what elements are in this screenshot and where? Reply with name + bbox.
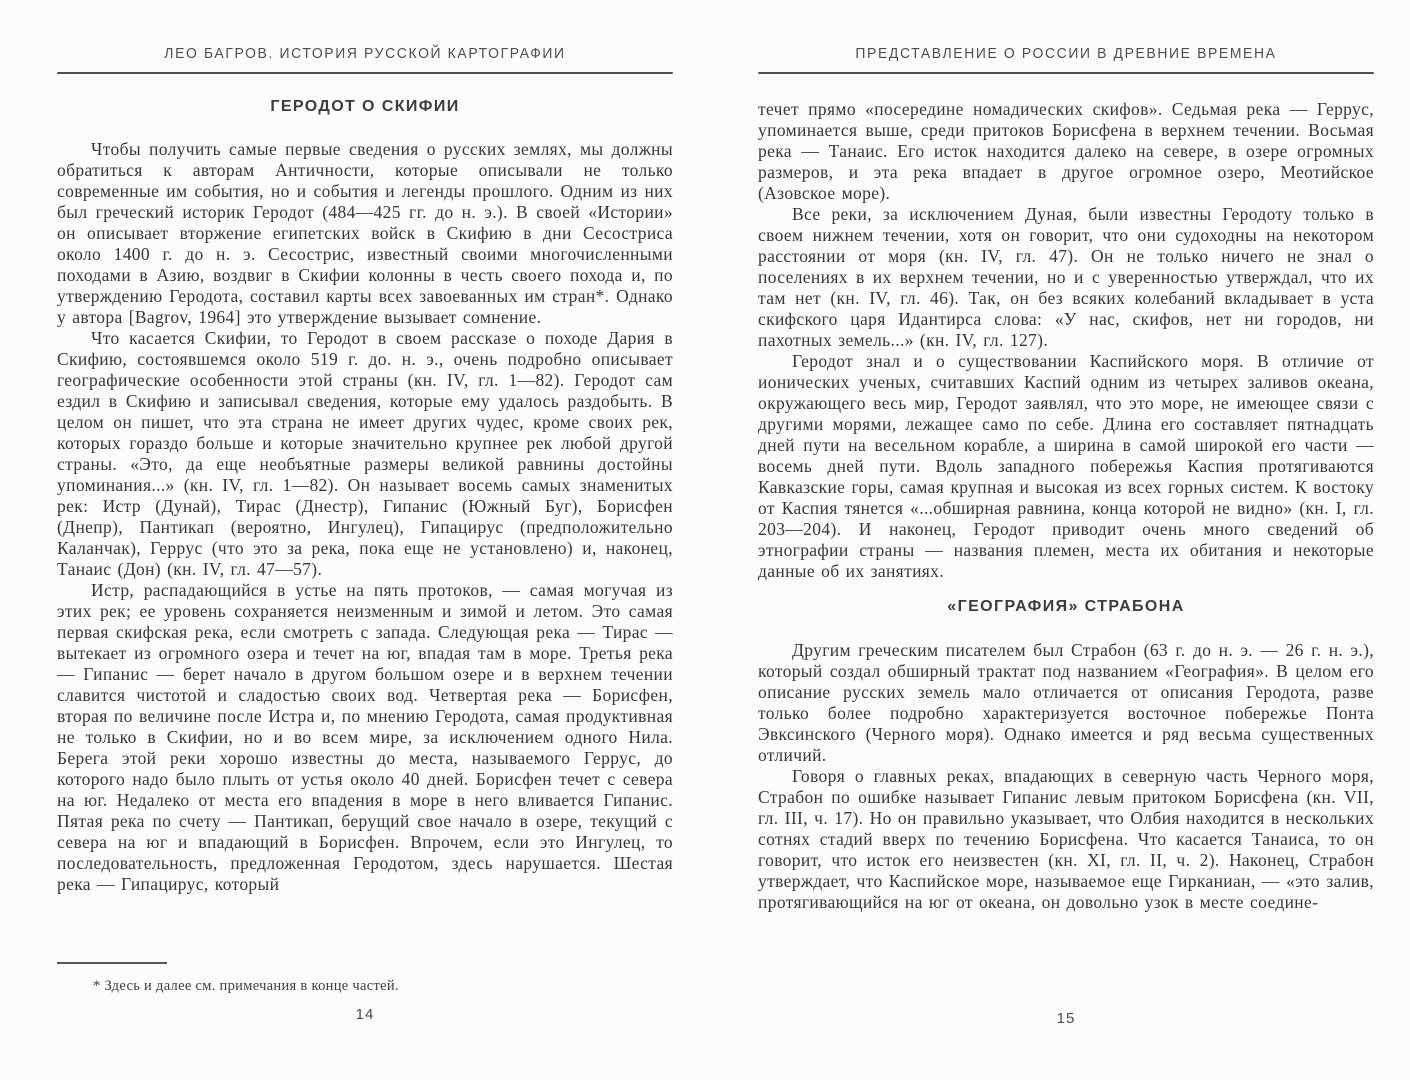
header-rule <box>57 72 673 74</box>
book-page-right: ПРЕДСТАВЛЕНИЕ О РОССИИ В ДРЕВНИЕ ВРЕМЕНА… <box>758 0 1374 1080</box>
book-page-left: ЛЕО БАГРОВ. ИСТОРИЯ РУССКОЙ КАРТОГРАФИИ … <box>57 0 673 1080</box>
header-rule <box>758 72 1374 74</box>
body-text-right-bottom: Другим греческим писателем был Страбон (… <box>758 640 1374 913</box>
body-text-left: Чтобы получить самые первые сведения о р… <box>57 139 673 895</box>
footnote-rule <box>57 962 167 964</box>
body-paragraph-continuation: течет прямо «посередине номадических ски… <box>758 99 1374 204</box>
body-paragraph: Другим греческим писателем был Страбон (… <box>758 640 1374 766</box>
running-head-right: ПРЕДСТАВЛЕНИЕ О РОССИИ В ДРЕВНИЕ ВРЕМЕНА <box>770 46 1361 62</box>
section-title-strabo: «ГЕОГРАФИЯ» СТРАБОНА <box>758 598 1374 616</box>
body-text-right-top: течет прямо «посередине номадических ски… <box>758 99 1374 582</box>
body-paragraph: Что касается Скифии, то Геродот в своем … <box>57 328 673 580</box>
body-paragraph: Геродот знал и о существовании Каспийско… <box>758 351 1374 582</box>
running-head-left: ЛЕО БАГРОВ. ИСТОРИЯ РУССКОЙ КАРТОГРАФИИ <box>69 46 660 62</box>
page-number-right: 15 <box>758 1010 1374 1027</box>
body-paragraph: Чтобы получить самые первые сведения о р… <box>57 139 673 328</box>
section-title-herodotus: ГЕРОДОТ О СКИФИИ <box>57 98 673 116</box>
body-paragraph: Говоря о главных реках, впадающих в севе… <box>758 766 1374 913</box>
footnote: * Здесь и далее см. примечания в конце ч… <box>57 977 673 995</box>
page-number-left: 14 <box>57 1006 673 1023</box>
body-paragraph: Истр, распадающийся в устье на пять прот… <box>57 580 673 895</box>
body-paragraph: Все реки, за исключением Дуная, были изв… <box>758 204 1374 351</box>
